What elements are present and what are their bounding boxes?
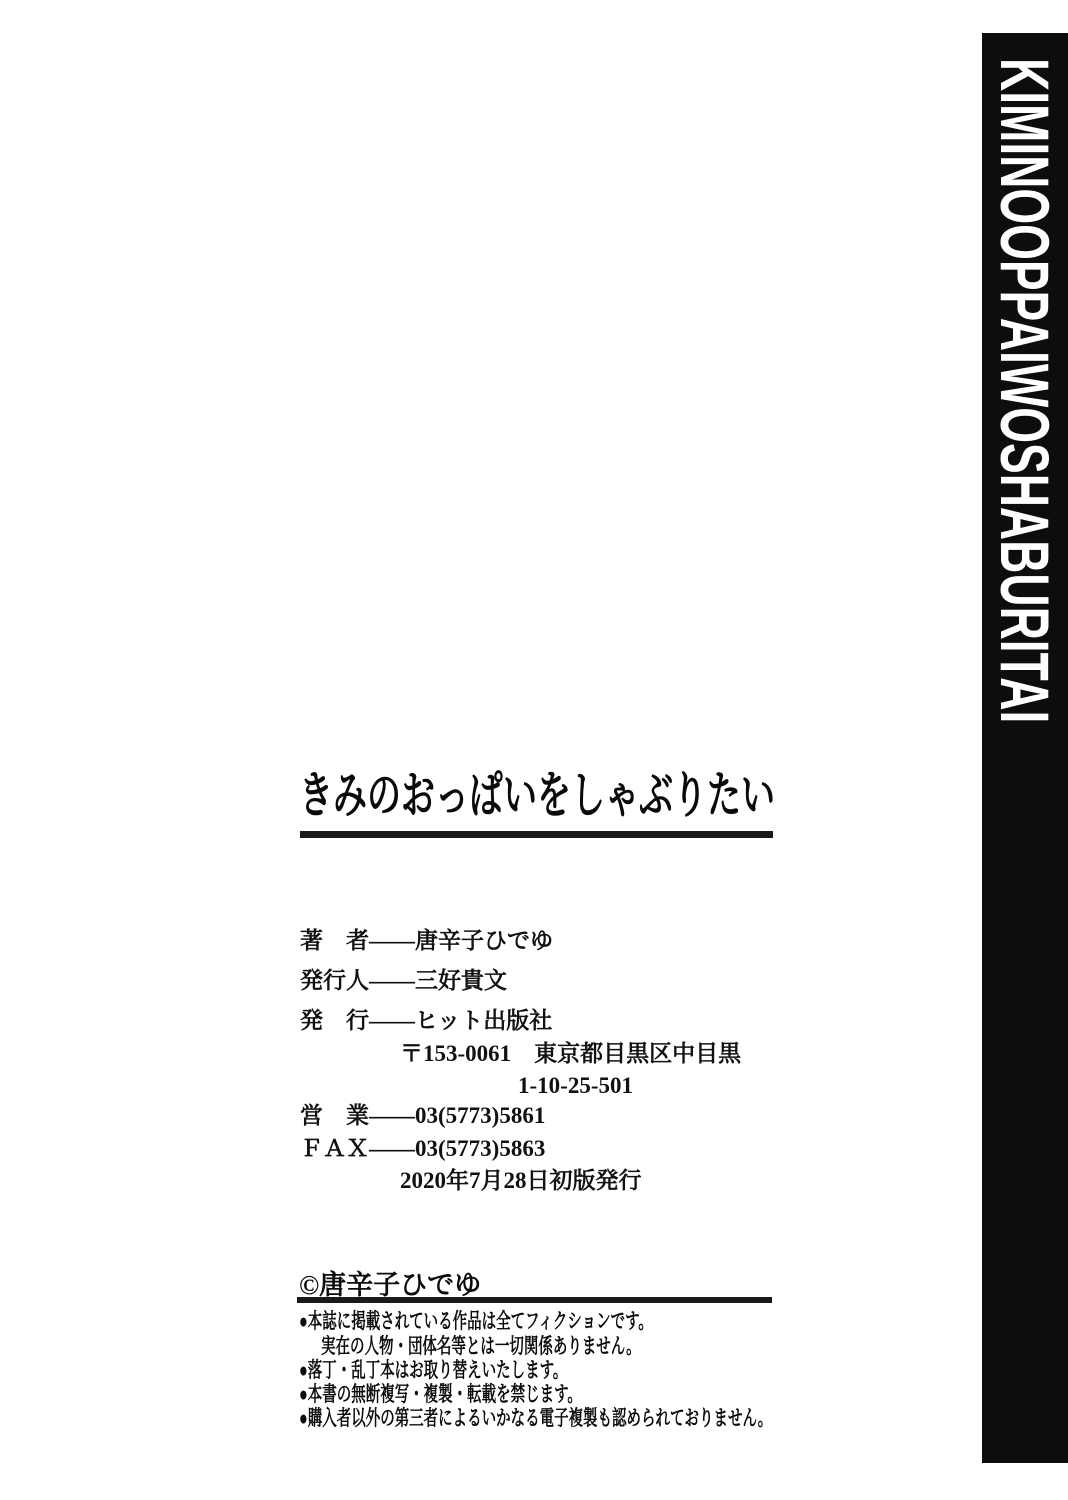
colophon-address-line2: 1-10-25-501: [518, 1073, 633, 1099]
notice-fiction: ●本誌に掲載されている作品は全てフィクションです。: [299, 1310, 653, 1333]
colophon-edition-line: 2020年7月28日初版発行: [400, 1168, 642, 1194]
colophon-sales-line: 営 業——03(5773)5861: [300, 1103, 545, 1129]
colophon-fax-line: ＦＡＸ——03(5773)5863: [300, 1136, 545, 1162]
copyright-rule: [297, 1297, 772, 1303]
notice-defective-copies: ●落丁・乱丁本はお取り替えいたします。: [299, 1359, 567, 1382]
spine-bar: KIMINOOPPAIWOSHABURITAI: [982, 33, 1068, 1463]
notice-no-reproduction: ●本書の無断複写・複製・転載を禁じます。: [299, 1383, 582, 1406]
title-underline: [300, 831, 773, 838]
colophon-issuer-line: 発 行——ヒット出版社: [300, 1008, 552, 1034]
colophon-publisher-line: 発行人——三好貴文: [300, 968, 507, 994]
book-title: きみのおっぱいをしゃぶりたい: [299, 770, 775, 822]
notice-fiction-cont: 実在の人物・団体名等とは一切関係ありません。: [321, 1335, 641, 1358]
colophon-address-line1: 〒153-0061 東京都目黒区中目黒: [400, 1041, 741, 1067]
spine-romaji-title: KIMINOOPPAIWOSHABURITAI: [991, 58, 1060, 723]
colophon-author-line: 著 者——唐辛子ひでゆ: [300, 928, 553, 954]
notice-no-digital-copy: ●購入者以外の第三者によるいかなる電子複製も認められておりません。: [299, 1407, 772, 1430]
